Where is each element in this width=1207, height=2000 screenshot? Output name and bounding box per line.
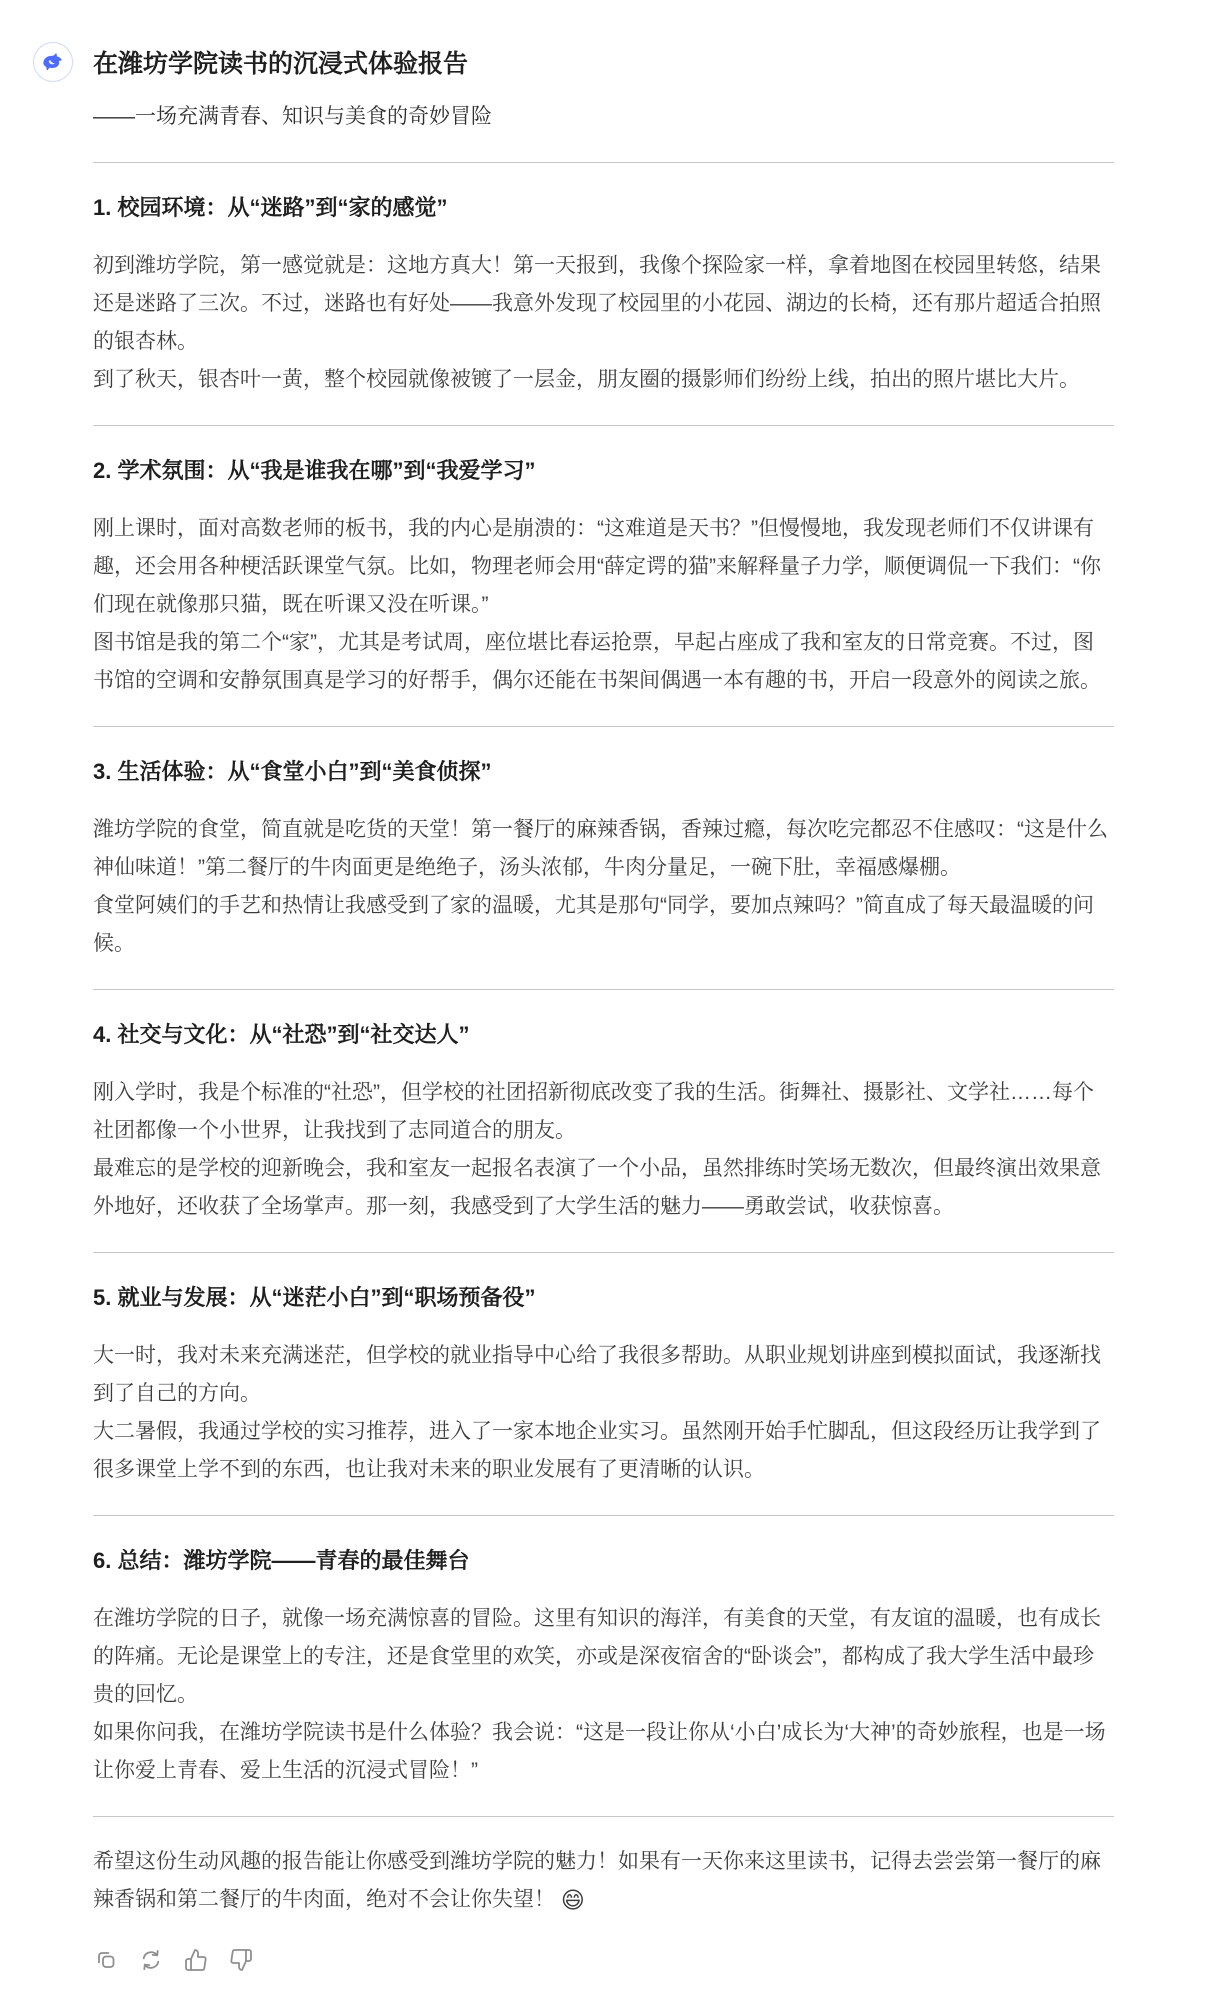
section-divider [93, 989, 1114, 990]
deepseek-whale-icon [40, 49, 66, 75]
regenerate-icon [139, 1948, 163, 1972]
section-paragraph: 大一时，我对未来充满迷茫，但学校的就业指导中心给了我很多帮助。从职业规划讲座到模… [93, 1337, 1114, 1413]
closing-divider [93, 1816, 1114, 1817]
report-title: 在潍坊学院读书的沉浸式体验报告 [93, 44, 1114, 84]
section-divider [93, 425, 1114, 426]
copy-button[interactable] [93, 1947, 118, 1972]
report-sections: 1. 校园环境：从“迷路”到“家的感觉” 初到潍坊学院，第一感觉就是：这地方真大… [93, 162, 1114, 1790]
section-divider [93, 162, 1114, 163]
thumbs-down-icon [229, 1948, 253, 1972]
closing-paragraph: 希望这份生动风趣的报告能让你感受到潍坊学院的魅力！如果有一天你来这里读书，记得去… [93, 1843, 1114, 1919]
report-section: 1. 校园环境：从“迷路”到“家的感觉” 初到潍坊学院，第一感觉就是：这地方真大… [93, 162, 1114, 399]
report-section: 3. 生活体验：从“食堂小白”到“美食侦探” 潍坊学院的食堂，简直就是吃货的天堂… [93, 726, 1114, 963]
section-paragraph: 大二暑假，我通过学校的实习推荐，进入了一家本地企业实习。虽然刚开始手忙脚乱，但这… [93, 1413, 1114, 1489]
report-section: 6. 总结：潍坊学院——青春的最佳舞台 在潍坊学院的日子，就像一场充满惊喜的冒险… [93, 1515, 1114, 1790]
section-divider [93, 1252, 1114, 1253]
section-divider [93, 726, 1114, 727]
report-subtitle: ——一场充满青春、知识与美食的奇妙冒险 [93, 98, 1114, 136]
copy-icon [94, 1948, 118, 1972]
section-heading: 4. 社交与文化：从“社恐”到“社交达人” [93, 1020, 1114, 1050]
section-heading: 1. 校园环境：从“迷路”到“家的感觉” [93, 193, 1114, 223]
thumbs-up-icon [184, 1948, 208, 1972]
section-paragraph: 图书馆是我的第二个“家”，尤其是考试周，座位堪比春运抢票，早起占座成了我和室友的… [93, 624, 1114, 700]
section-heading: 2. 学术氛围：从“我是谁我在哪”到“我爱学习” [93, 456, 1114, 486]
closing-text: 希望这份生动风趣的报告能让你感受到潍坊学院的魅力！如果有一天你来这里读书，记得去… [93, 1850, 1101, 1911]
smile-emoji: 😄 [561, 1887, 585, 1913]
report-section: 2. 学术氛围：从“我是谁我在哪”到“我爱学习” 刚上课时，面对高数老师的板书，… [93, 425, 1114, 700]
section-paragraph: 潍坊学院的食堂，简直就是吃货的天堂！第一餐厅的麻辣香锅，香辣过瘾，每次吃完都忍不… [93, 811, 1114, 887]
assistant-avatar [33, 42, 73, 82]
section-paragraph: 刚上课时，面对高数老师的板书，我的内心是崩溃的：“这难道是天书？”但慢慢地，我发… [93, 510, 1114, 624]
section-paragraph: 食堂阿姨们的手艺和热情让我感受到了家的温暖，尤其是那句“同学，要加点辣吗？”简直… [93, 887, 1114, 963]
section-paragraph: 到了秋天，银杏叶一黄，整个校园就像被镀了一层金，朋友圈的摄影师们纷纷上线，拍出的… [93, 361, 1114, 399]
thumbs-up-button[interactable] [183, 1947, 208, 1972]
section-paragraph: 最难忘的是学校的迎新晚会，我和室友一起报名表演了一个小品，虽然排练时笑场无数次，… [93, 1150, 1114, 1226]
section-heading: 5. 就业与发展：从“迷茫小白”到“职场预备役” [93, 1283, 1114, 1313]
assistant-message: 在潍坊学院读书的沉浸式体验报告 ——一场充满青春、知识与美食的奇妙冒险 1. 校… [0, 0, 1140, 2000]
section-heading: 3. 生活体验：从“食堂小白”到“美食侦探” [93, 757, 1114, 787]
section-paragraph: 如果你问我，在潍坊学院读书是什么体验？我会说：“这是一段让你从‘小白’成长为‘大… [93, 1714, 1114, 1790]
report-section: 4. 社交与文化：从“社恐”到“社交达人” 刚入学时，我是个标准的“社恐”，但学… [93, 989, 1114, 1226]
section-paragraph: 初到潍坊学院，第一感觉就是：这地方真大！第一天报到，我像个探险家一样，拿着地图在… [93, 247, 1114, 361]
section-divider [93, 1515, 1114, 1516]
regenerate-button[interactable] [138, 1947, 163, 1972]
message-action-bar [93, 1947, 1114, 1972]
thumbs-down-button[interactable] [228, 1947, 253, 1972]
section-paragraph: 在潍坊学院的日子，就像一场充满惊喜的冒险。这里有知识的海洋，有美食的天堂，有友谊… [93, 1600, 1114, 1714]
report-body: 在潍坊学院读书的沉浸式体验报告 ——一场充满青春、知识与美食的奇妙冒险 1. 校… [93, 44, 1114, 1972]
section-paragraph: 刚入学时，我是个标准的“社恐”，但学校的社团招新彻底改变了我的生活。街舞社、摄影… [93, 1074, 1114, 1150]
report-section: 5. 就业与发展：从“迷茫小白”到“职场预备役” 大一时，我对未来充满迷茫，但学… [93, 1252, 1114, 1489]
section-heading: 6. 总结：潍坊学院——青春的最佳舞台 [93, 1546, 1114, 1576]
